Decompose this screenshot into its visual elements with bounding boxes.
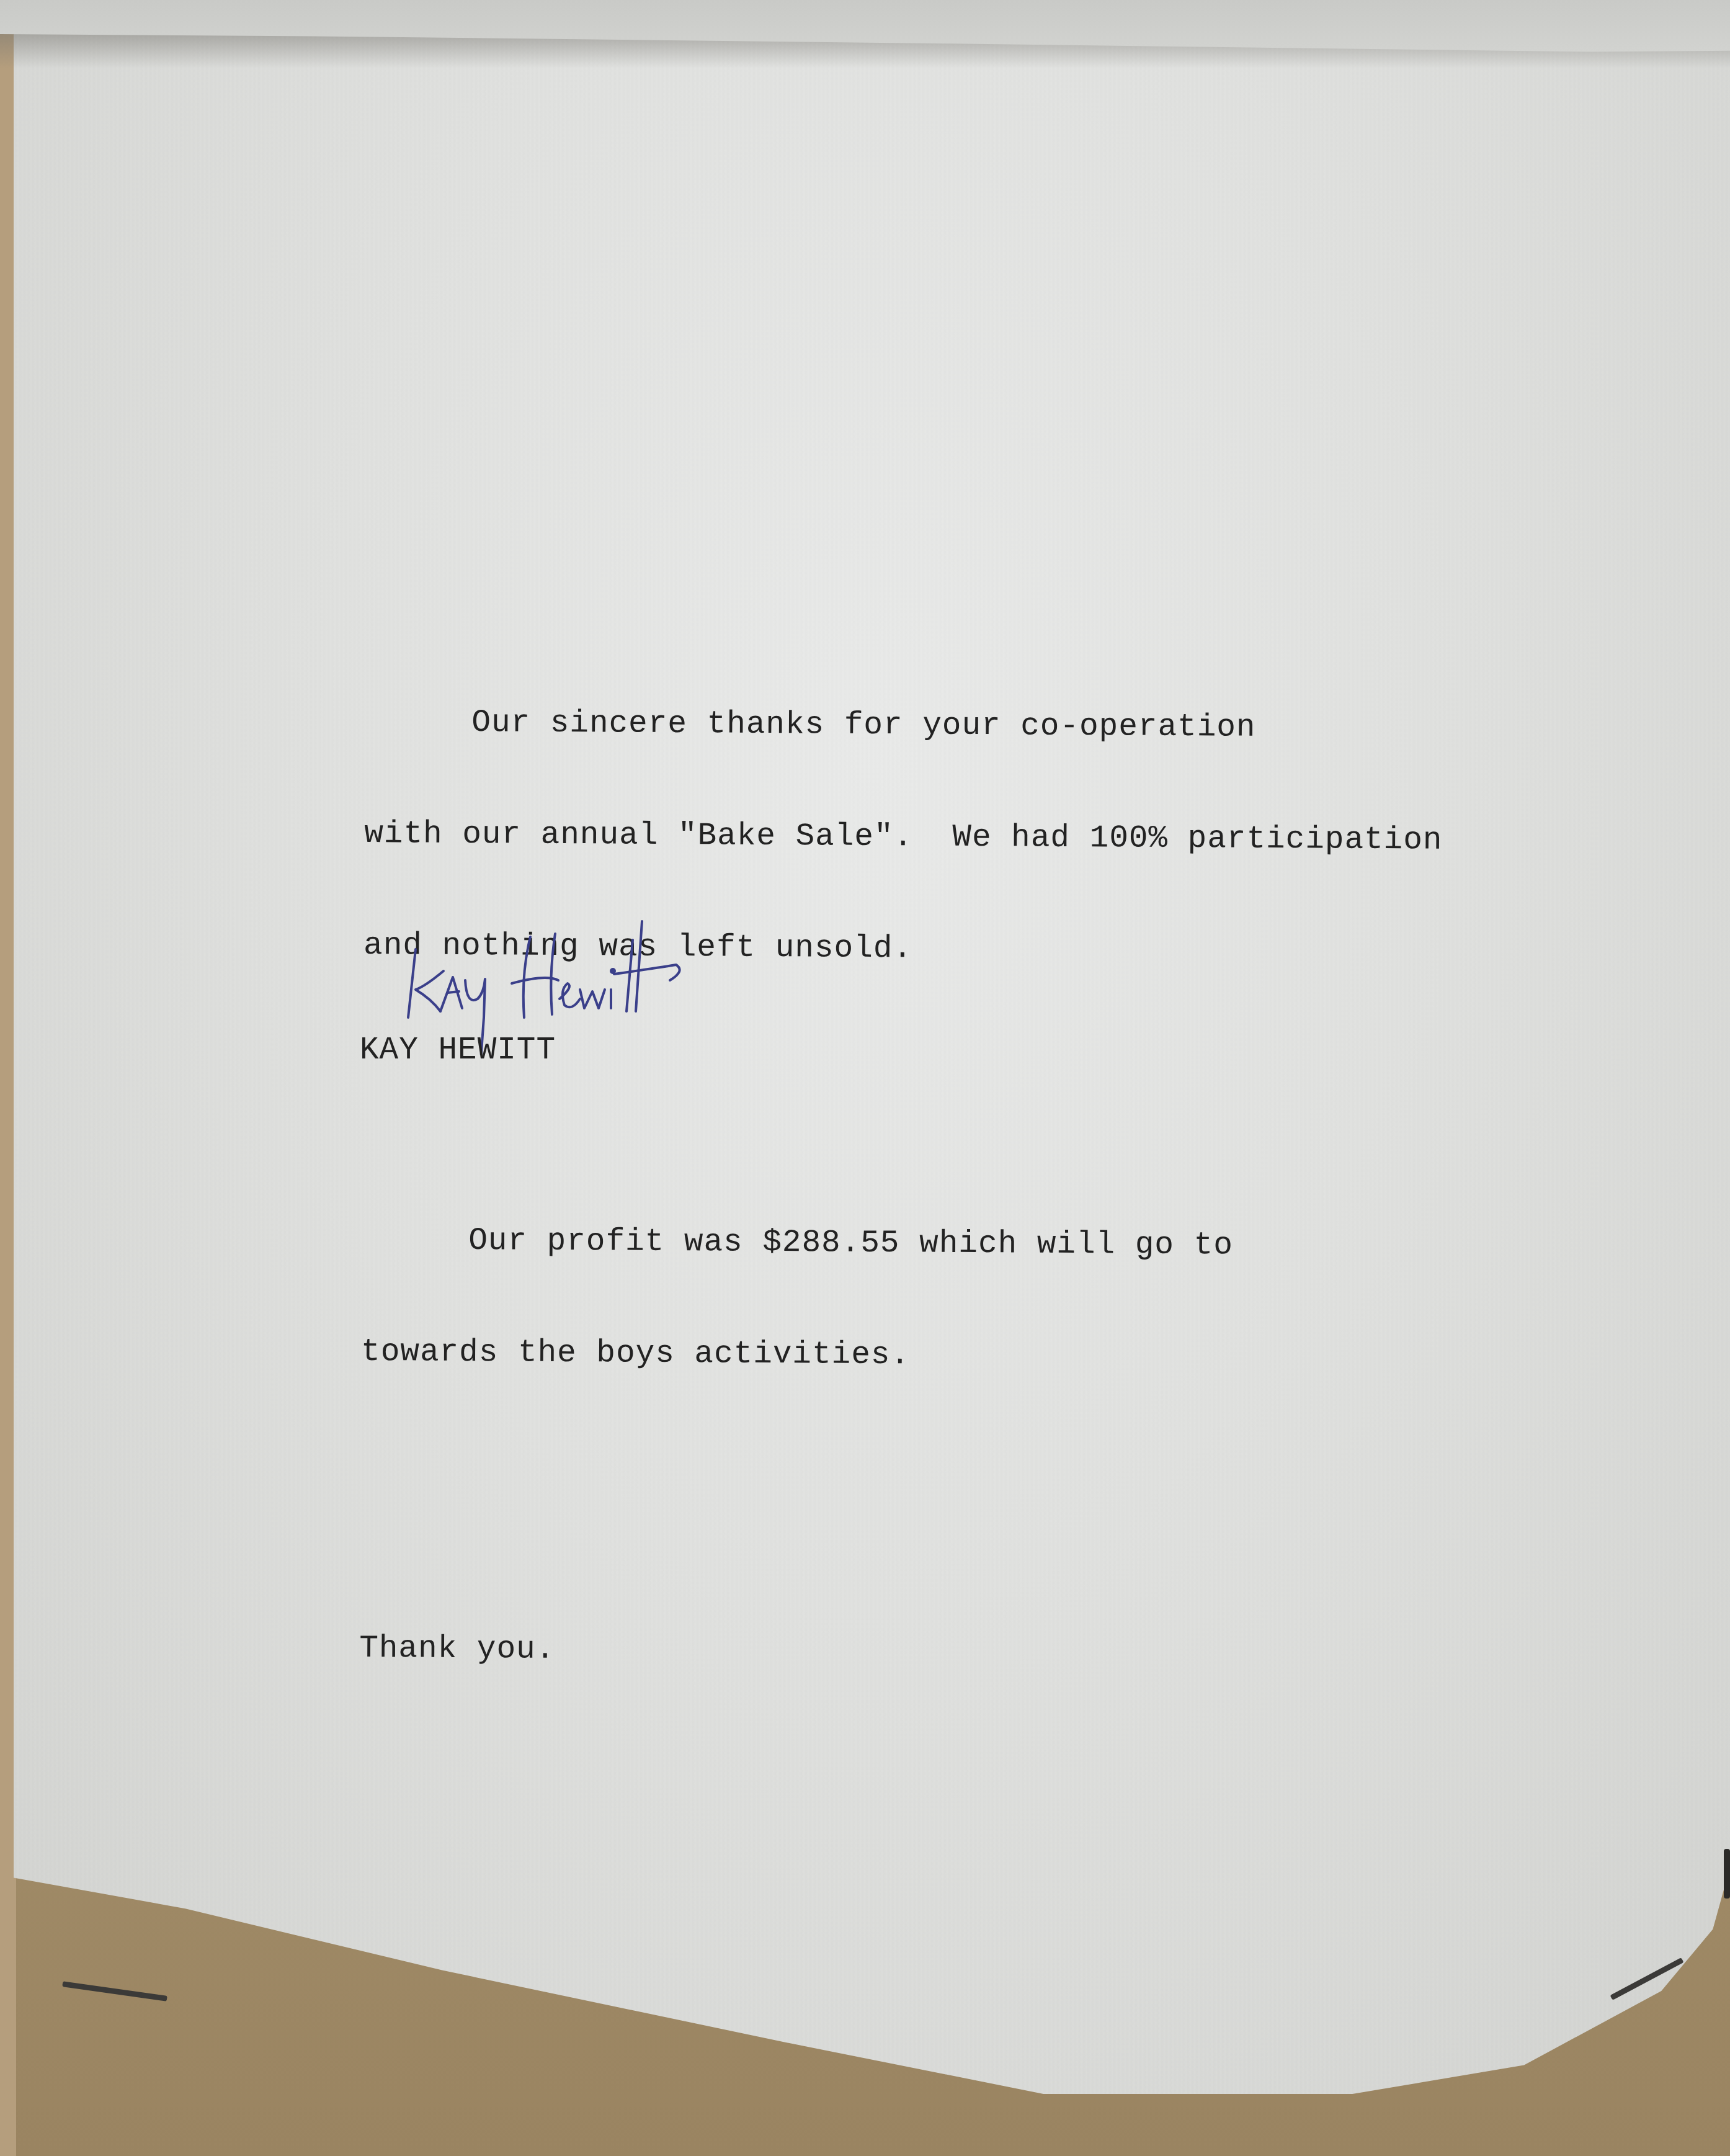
typed-signatory-name: KAY HEWITT [360,1033,556,1068]
letter-line: Our sincere thanks for your co-operation [365,704,1593,749]
letter-body: Our sincere thanks for your co-operation… [359,555,1594,1712]
letter-line: with our annual "Bake Sale". We had 100%… [364,816,1592,861]
staple-left [62,1981,167,2002]
clip-edge-mark [1724,1849,1730,1899]
paragraph-profit: Our profit was $288.55 which will go to … [360,1148,1590,1453]
letter-line: Our profit was $288.55 which will go to [362,1222,1590,1267]
closing-line: Thank you. [359,1630,1587,1675]
letter-line: towards the boys activities. [361,1334,1589,1379]
